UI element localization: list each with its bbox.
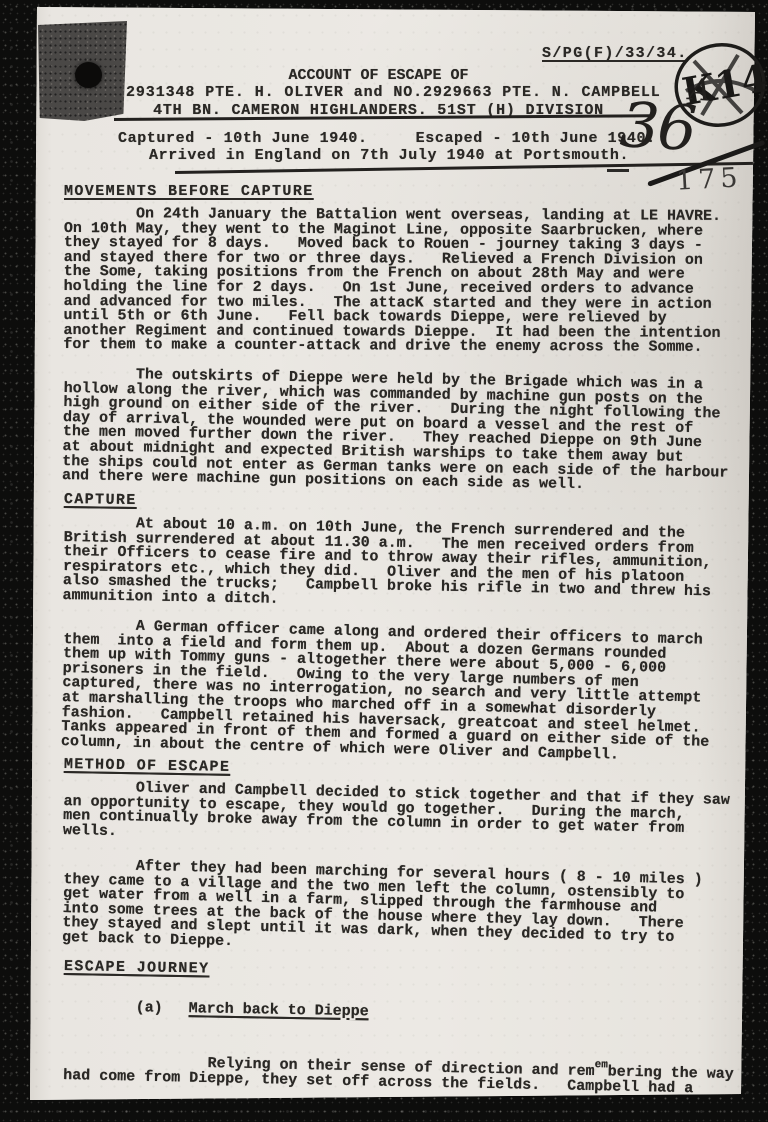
capture-paragraph-1: At about 10 a.m. on 10th June, the Frenc… <box>62 516 758 616</box>
section-heading-movements: MOVEMENTS BEFORE CAPTURE <box>64 185 759 200</box>
scanned-document: S/PG(F)/33/34. ACCOUNT OF ESCAPE OF No.2… <box>0 0 768 1122</box>
folio-number: 175 <box>675 164 743 194</box>
captured-escaped-dates: Captured - 10th June 1940. Escaped - 10t… <box>118 130 656 147</box>
handwritten-number-36: 36 <box>618 94 696 160</box>
continuation-marker: /wrist <box>592 1114 759 1122</box>
capture-paragraph-2: A German officer came along and ordered … <box>61 618 759 766</box>
movements-paragraph-2: The outskirts of Dieppe were held by the… <box>62 367 759 496</box>
subsection-label: (a) <box>135 999 162 1016</box>
document-body: MOVEMENTS BEFORE CAPTURE On 24th January… <box>64 185 759 1122</box>
movements-paragraph-1: On 24th January the Battalion went overs… <box>63 207 759 356</box>
method-paragraph-2: After they had been marching for several… <box>62 858 759 963</box>
section-heading-escape-journey: ESCAPE JOURNEY <box>64 960 759 987</box>
subsection-title: March back to Dieppe <box>188 1000 368 1020</box>
small-dash-mark <box>607 169 629 172</box>
typed-insertion-mark: em <box>595 1057 609 1072</box>
reference-number: S/PG(F)/33/34. <box>542 45 688 62</box>
subsection-march-back-to-dieppe: (a)March back to Dieppe <box>63 985 759 1041</box>
section-heading-capture: CAPTURE <box>64 493 759 517</box>
document-page: S/PG(F)/33/34. ACCOUNT OF ESCAPE OF No.2… <box>30 7 755 1100</box>
method-paragraph-1: Oliver and Campbell decided to stick tog… <box>63 780 759 853</box>
arrival-line: Arrived in England on 7th July 1940 at P… <box>149 147 629 164</box>
journey-paragraph-1: Relying on their sense of direction and … <box>63 1039 759 1113</box>
punch-hole <box>75 62 102 88</box>
binder-corner-patch <box>38 21 127 122</box>
